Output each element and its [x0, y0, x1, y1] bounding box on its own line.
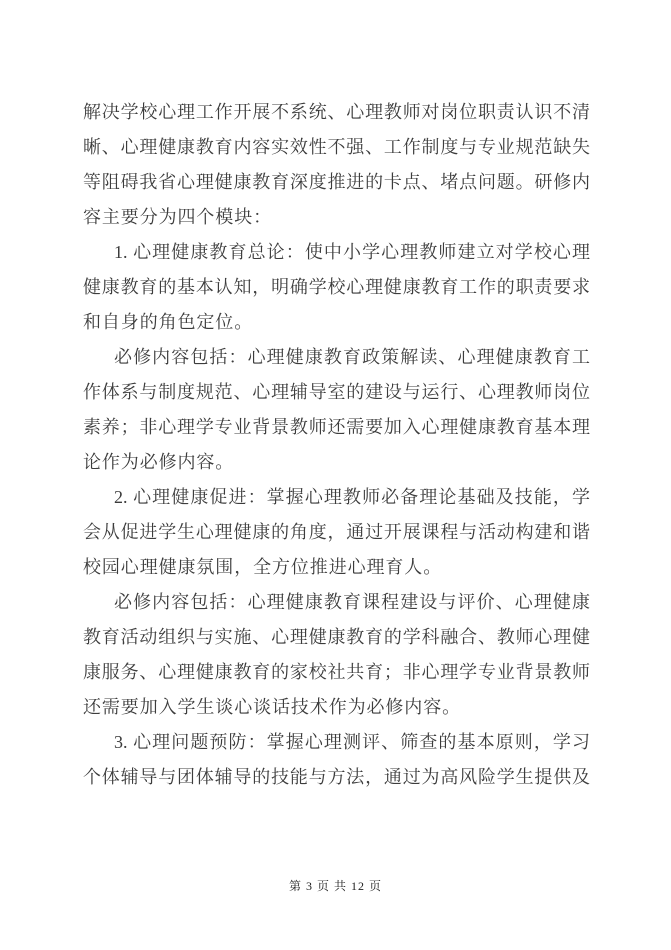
text-line: 解决学校心理工作开展不系统、心理教师对岗位职责认识不清	[83, 95, 590, 130]
text-line: 容主要分为四个模块：	[83, 200, 590, 235]
text-line: 康服务、心理健康教育的家校社共育；非心理学专业背景教师	[83, 655, 590, 690]
text-line: 还需要加入学生谈心谈话技术作为必修内容。	[83, 690, 590, 725]
text-line: 等阻碍我省心理健康教育深度推进的卡点、堵点问题。研修内	[83, 165, 590, 200]
document-body: 解决学校心理工作开展不系统、心理教师对岗位职责认识不清 晰、心理健康教育内容实效…	[83, 95, 590, 795]
text-line: 素养；非心理学专业背景教师还需要加入心理健康教育基本理	[83, 410, 590, 445]
text-line: 教育活动组织与实施、心理健康教育的学科融合、教师心理健	[83, 620, 590, 655]
text-line: 论作为必修内容。	[83, 445, 590, 480]
text-line: 和自身的角色定位。	[83, 305, 590, 340]
text-line: 必修内容包括：心理健康教育政策解读、心理健康教育工	[83, 340, 590, 375]
document-page: 解决学校心理工作开展不系统、心理教师对岗位职责认识不清 晰、心理健康教育内容实效…	[0, 0, 671, 950]
text-line: 3. 心理问题预防：掌握心理测评、筛查的基本原则，学习	[83, 725, 590, 760]
text-line: 晰、心理健康教育内容实效性不强、工作制度与专业规范缺失	[83, 130, 590, 165]
text-line: 会从促进学生心理健康的角度，通过开展课程与活动构建和谐	[83, 515, 590, 550]
text-line: 必修内容包括：心理健康教育课程建设与评价、心理健康	[83, 585, 590, 620]
text-line: 1. 心理健康教育总论：使中小学心理教师建立对学校心理	[83, 235, 590, 270]
text-line: 健康教育的基本认知，明确学校心理健康教育工作的职责要求	[83, 270, 590, 305]
text-line: 校园心理健康氛围，全方位推进心理育人。	[83, 550, 590, 585]
text-line: 2. 心理健康促进：掌握心理教师必备理论基础及技能，学	[83, 480, 590, 515]
text-line: 个体辅导与团体辅导的技能与方法，通过为高风险学生提供及	[83, 760, 590, 795]
page-number-footer: 第 3 页 共 12 页	[0, 878, 671, 894]
text-line: 作体系与制度规范、心理辅导室的建设与运行、心理教师岗位	[83, 375, 590, 410]
